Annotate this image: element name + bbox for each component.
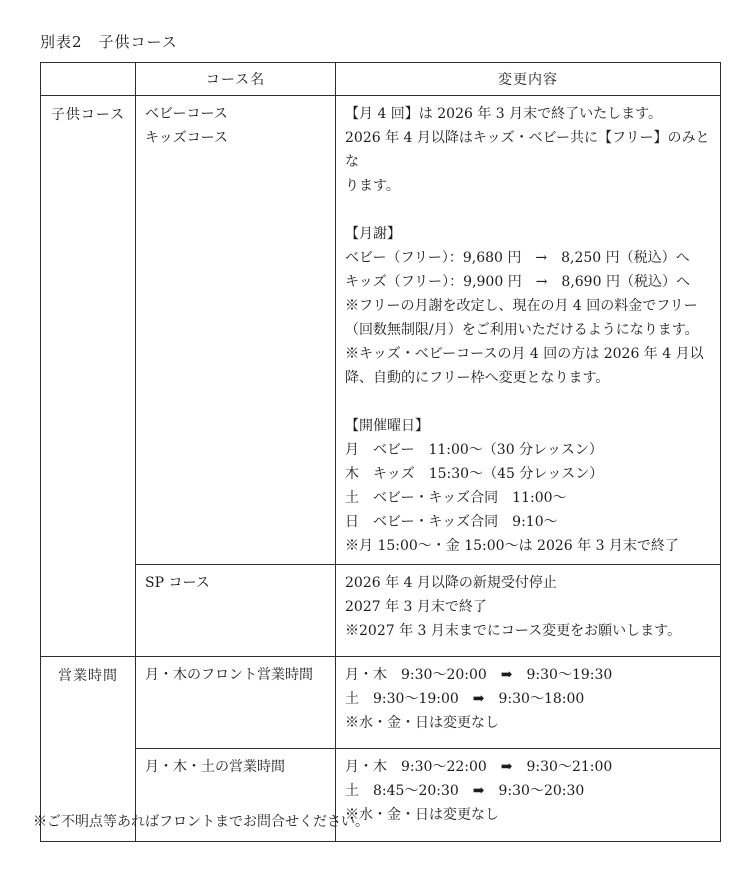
course-name-cell-baby-kids: ベビーコース キッズコース: [136, 96, 336, 565]
course-name-cell-front-hours: 月・木のフロント営業時間: [136, 657, 336, 749]
table-header-row: コース名 変更内容: [41, 63, 721, 96]
document-page: 別表2 子供コース コース名 変更内容 子供コース ベビーコース キッズコース …: [0, 0, 747, 879]
course-name-cell-sp: SP コース: [136, 565, 336, 657]
header-category-cell: [41, 63, 136, 96]
category-cell-kids-course: 子供コース: [41, 96, 136, 657]
change-details-cell-front-hours: 月・木 9:30～20:00 ➡ 9:30～19:30 土 9:30～19:00…: [336, 657, 721, 749]
change-details-cell-baby-kids: 【月 4 回】は 2026 年 3 月末で終了いたします。 2026 年 4 月…: [336, 96, 721, 565]
course-change-table: コース名 変更内容 子供コース ベビーコース キッズコース 【月 4 回】は 2…: [40, 62, 721, 842]
change-details-cell-sp: 2026 年 4 月以降の新規受付停止 2027 年 3 月末で終了 ※2027…: [336, 565, 721, 657]
header-course-name: コース名: [136, 63, 336, 96]
header-change-details: 変更内容: [336, 63, 721, 96]
change-details-cell-weekday-hours: 月・木 9:30～22:00 ➡ 9:30～21:00 土 8:45～20:30…: [336, 749, 721, 842]
document-title: 別表2 子供コース: [40, 31, 178, 52]
table-row-sp-course: SP コース 2026 年 4 月以降の新規受付停止 2027 年 3 月末で終…: [41, 565, 721, 657]
footer-note: ※ご不明点等あればフロントまでお問合せください。: [33, 811, 369, 831]
table-row-front-hours: 営業時間 月・木のフロント営業時間 月・木 9:30～20:00 ➡ 9:30～…: [41, 657, 721, 749]
table-row-baby-kids: 子供コース ベビーコース キッズコース 【月 4 回】は 2026 年 3 月末…: [41, 96, 721, 565]
